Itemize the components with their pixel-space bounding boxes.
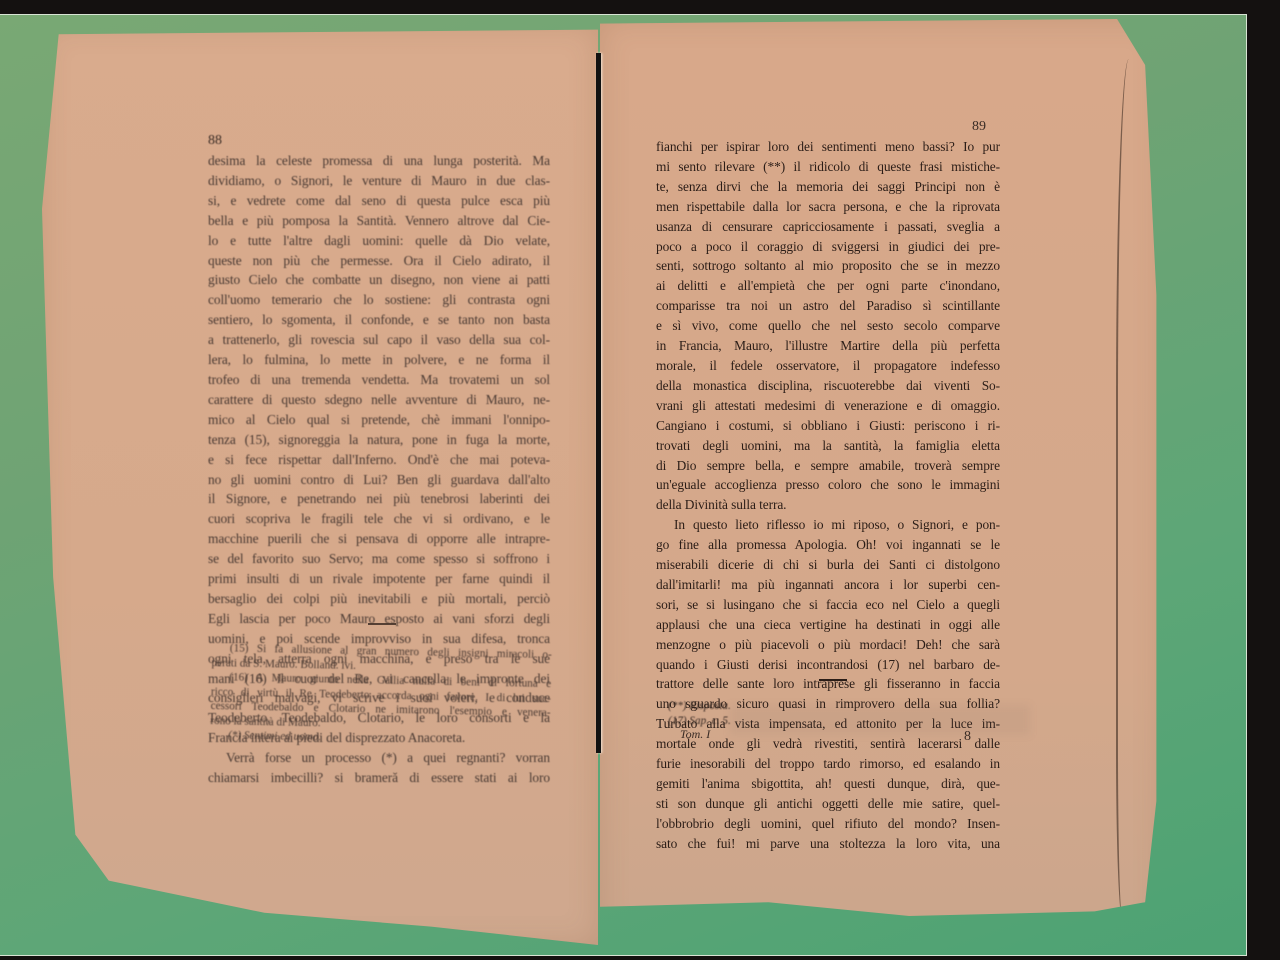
left-page-number: 88 xyxy=(208,133,222,149)
text-line: quando i Giusti derisi incontrandosi (17… xyxy=(656,655,1000,675)
text-line: si, e vedrete come dal seno di questa pu… xyxy=(208,191,550,211)
footnote-divider xyxy=(819,679,847,681)
text-line: a trattenerlo, gli rovescia sul capo il … xyxy=(208,330,550,350)
text-line: dall'imitarli! ma più ingannati ancora i… xyxy=(656,575,1000,595)
text-line: della Divinità sulla terra. xyxy=(656,495,1000,515)
text-line: men rispettabile dalla lor sacra persona… xyxy=(656,197,1000,217)
text-line: gemiti l'anima sbigottita, ah! questi du… xyxy=(656,774,1000,794)
text-line: te, senza dirvi che la memoria dei saggi… xyxy=(656,177,1000,197)
text-line: Cangiano i costumi, si obbliano i Giusti… xyxy=(656,416,1000,436)
text-line: tenza (15), signoreggia la natura, pone … xyxy=(208,430,550,450)
text-line: macchine puerili che si pensava di oppor… xyxy=(208,529,550,549)
text-line: mico al Cielo qual si pretende, chè imma… xyxy=(208,410,550,430)
text-line: sori, se si lusingano che si faccia eco … xyxy=(656,595,1000,615)
footnote-divider xyxy=(368,623,396,625)
page-edge-stack xyxy=(1116,59,1148,919)
text-line: e si fece rispettar dall'Inferno. Ond'è … xyxy=(208,450,550,470)
text-line: vrani gli attestati medesimi di venerazi… xyxy=(656,396,1000,416)
text-line: bersaglio dei colpi più inevitabili e pi… xyxy=(208,589,550,609)
text-line: desima la celeste promessa di una lunga … xyxy=(208,151,550,171)
text-line: in Francia, Mauro, l'illustre Martire de… xyxy=(656,336,1000,356)
text-line: go fine alla promessa Apologia. Oh! voi … xyxy=(656,535,1000,555)
text-line: Egli lascia per poco Mauro esposto ai va… xyxy=(208,609,550,629)
text-line: l'obbrobrio degli uomini, quel rifiuto d… xyxy=(656,814,1000,834)
text-line: lera, lo fulmina, lo mette in polvere, e… xyxy=(208,350,550,370)
text-line: trovati degli uomini, ma la santità, la … xyxy=(656,436,1000,456)
text-line: furie inesorabili del troppo tardo rimor… xyxy=(656,754,1000,774)
text-line: della monastica disciplina, riscuoterebb… xyxy=(656,376,1000,396)
text-line: primi insulti di un rivale impotente per… xyxy=(208,569,550,589)
text-line: ai delitti e all'empietà che per ogni pa… xyxy=(656,276,1000,296)
text-line: giusto Cielo che combatte un disegno, no… xyxy=(208,270,550,290)
text-line: e sì vivo, come quello che nel sesto sec… xyxy=(656,316,1000,336)
left-page-footnotes: (15) Si fa allusione al gran numero degl… xyxy=(210,641,552,750)
text-line: fianchi per ispirar loro dei sentimenti … xyxy=(656,137,1000,157)
text-line: queste non più che permesse. Ora il Ciel… xyxy=(208,251,550,271)
text-line: sentiero, lo sgomenta, il confonde, e se… xyxy=(208,310,550,330)
right-page-number: 89 xyxy=(972,119,986,135)
text-line: no gli uomini contro di Lui? Ben gli gua… xyxy=(208,470,550,490)
text-line: poco a poco il coraggio di sviggersi in … xyxy=(656,237,1000,257)
right-page-body: fianchi per ispirar loro dei sentimenti … xyxy=(656,137,1000,854)
gathering-signature-mark: 8 xyxy=(964,729,971,745)
footnote-line: (17) Sap. c. 5. xyxy=(668,714,988,729)
text-line: il Signore, e penetrando nei più tenebro… xyxy=(208,489,550,509)
text-line: chiamarsi imbecilli? si brameră di esser… xyxy=(208,768,550,788)
text-line: lo e tutte l'altre dagli uomini: quelle … xyxy=(208,231,550,251)
text-line: trofeo di una tremenda vendetta. Ma trov… xyxy=(208,370,550,390)
photo-background: 88 desima la celeste promessa di una lun… xyxy=(0,14,1247,956)
text-line: se del favorito suo Servo; ma come spess… xyxy=(208,549,550,569)
text-line: morale, il fedele osservatore, il propag… xyxy=(656,356,1000,376)
text-line: sti son dunque gli antichi oggetti delle… xyxy=(656,794,1000,814)
text-line: mi sento rilevare (**) il ridicolo di qu… xyxy=(656,157,1000,177)
text-line: menzogne o più piacevoli o più mordaci! … xyxy=(656,635,1000,655)
text-line: dividiamo, o Signori, le venture di Maur… xyxy=(208,171,550,191)
text-line: In questo lieto riflesso io mi riposo, o… xyxy=(656,515,1000,535)
text-line: sato che fui! mi parve una stoltezza la … xyxy=(656,834,1000,854)
text-line: di Dio sempre bella, e sempre amabile, t… xyxy=(656,456,1000,476)
volume-signature: Tom. I xyxy=(680,727,710,742)
text-line: cuori scopriva le fragili tele che vi si… xyxy=(208,509,550,529)
text-line: miserabili dicerie di chi si burla dei S… xyxy=(656,555,1000,575)
text-line: comparisse tra noi un astro del Paradiso… xyxy=(656,296,1000,316)
text-line: Verrà forse un processo (*) a quei regna… xyxy=(208,748,550,768)
text-line: bella e più pomposa la Santità. Vennero … xyxy=(208,211,550,231)
footnote-line: (**) Risposta. xyxy=(668,699,988,714)
right-page-footnotes: (**) Risposta. (17) Sap. c. 5. xyxy=(668,699,988,728)
text-line: coll'uomo temerario che lo sostiene: gli… xyxy=(208,290,550,310)
text-line: usanza di censurare capricciosamente i p… xyxy=(656,217,1000,237)
text-line: applausi che una cieca vertigine ha dest… xyxy=(656,615,1000,635)
text-line: senti, sottrogo soltanto al mio proposit… xyxy=(656,256,1000,276)
book-gutter xyxy=(596,53,601,753)
text-line: carattere di questo sdegno nelle avventu… xyxy=(208,390,550,410)
text-line: un'eguale accoglienza presso coloro che … xyxy=(656,475,1000,495)
text-line: trattore delle sante loro intraprese gli… xyxy=(656,674,1000,694)
